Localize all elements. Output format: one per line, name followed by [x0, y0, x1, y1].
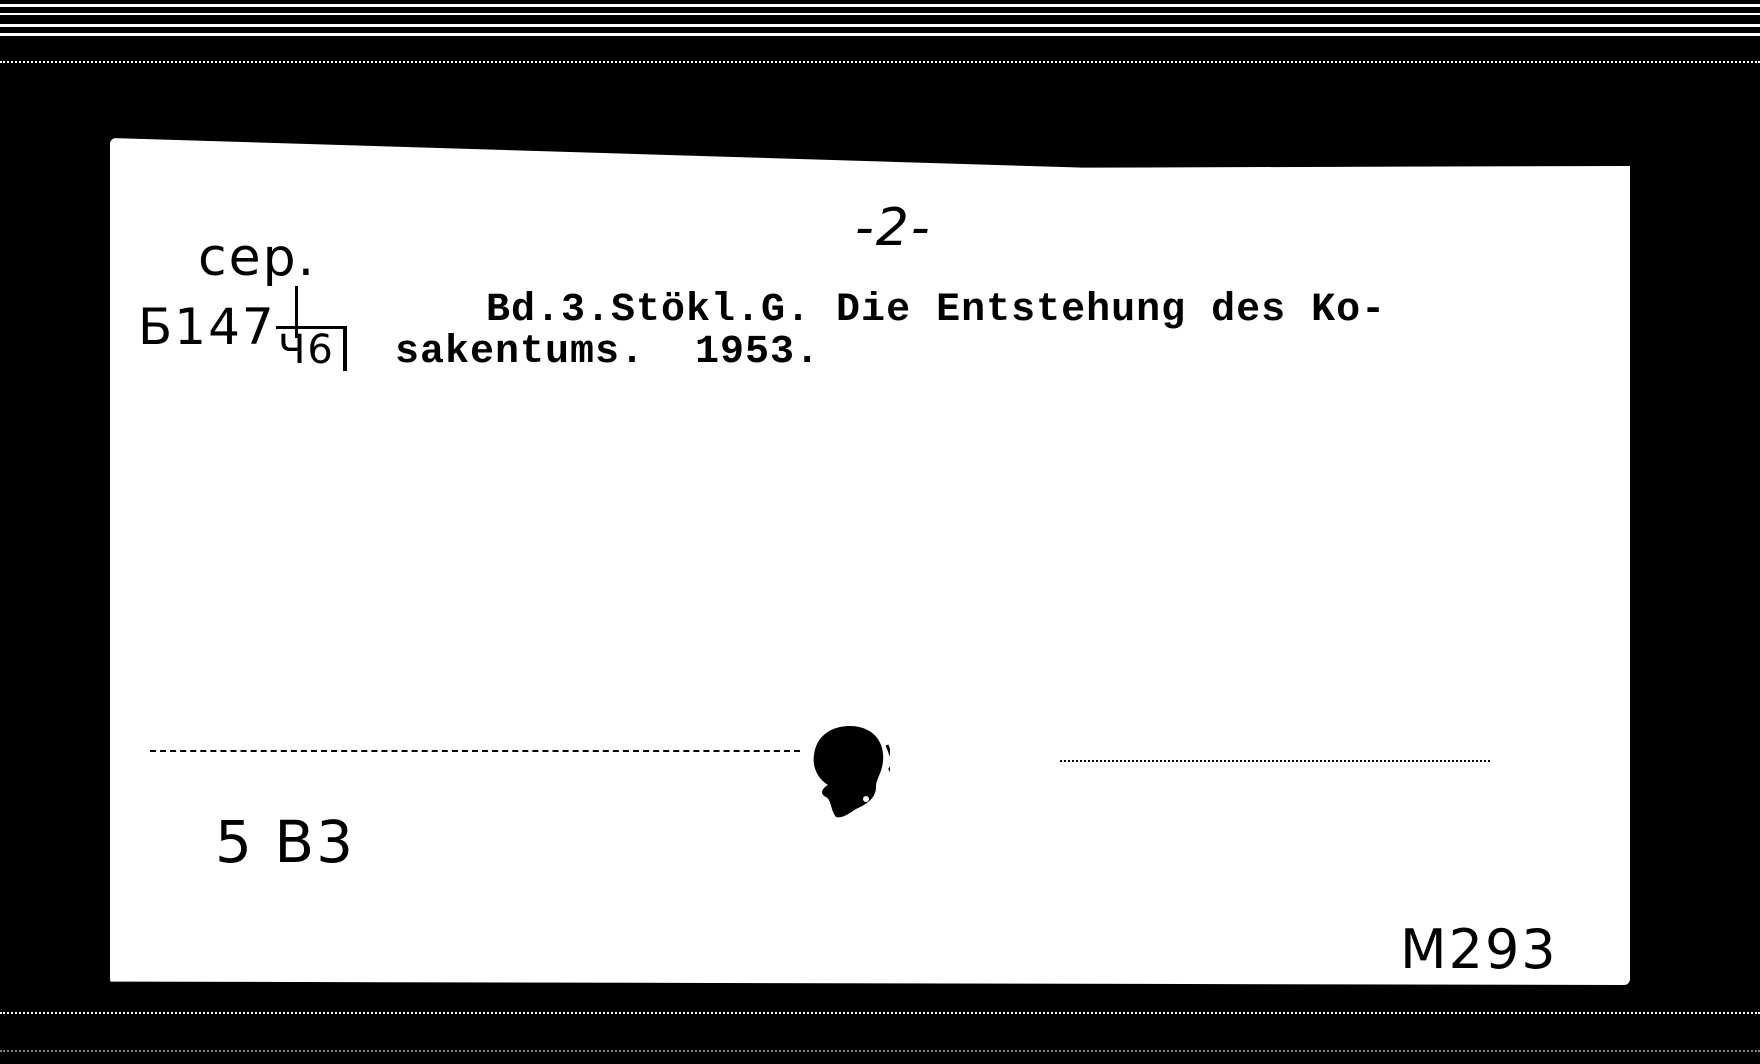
handwritten-note: cep. — [198, 228, 316, 288]
catalog-card: -2- cep. Б147 Ч6 Bd.3.Stökl.G. Die Entst… — [110, 138, 1630, 985]
divider-line — [1060, 760, 1490, 762]
ink-blot-icon — [810, 723, 890, 823]
scan-stripe — [0, 13, 1760, 15]
divider-line — [150, 750, 800, 752]
scan-stripe — [0, 24, 1760, 27]
lower-left-mark: 5 B3 — [215, 808, 355, 876]
scan-stripe — [0, 4, 1760, 7]
shelfmark-sub: Ч6 — [276, 326, 347, 371]
scan-stripe — [0, 1012, 1760, 1014]
scan-stripe — [0, 61, 1760, 63]
bottom-right-mark: M293 — [1400, 918, 1558, 981]
page-number: -2- — [855, 198, 932, 258]
typed-entry-line-1: Bd.3.Stökl.G. Die Entstehung des Ko- — [486, 288, 1386, 333]
shelfmark-main: Б147 — [138, 298, 276, 356]
typed-entry-line-2: sakentums. 1953. — [395, 330, 820, 375]
scan-stripe — [0, 33, 1760, 36]
scan-stripe — [0, 1050, 1760, 1052]
